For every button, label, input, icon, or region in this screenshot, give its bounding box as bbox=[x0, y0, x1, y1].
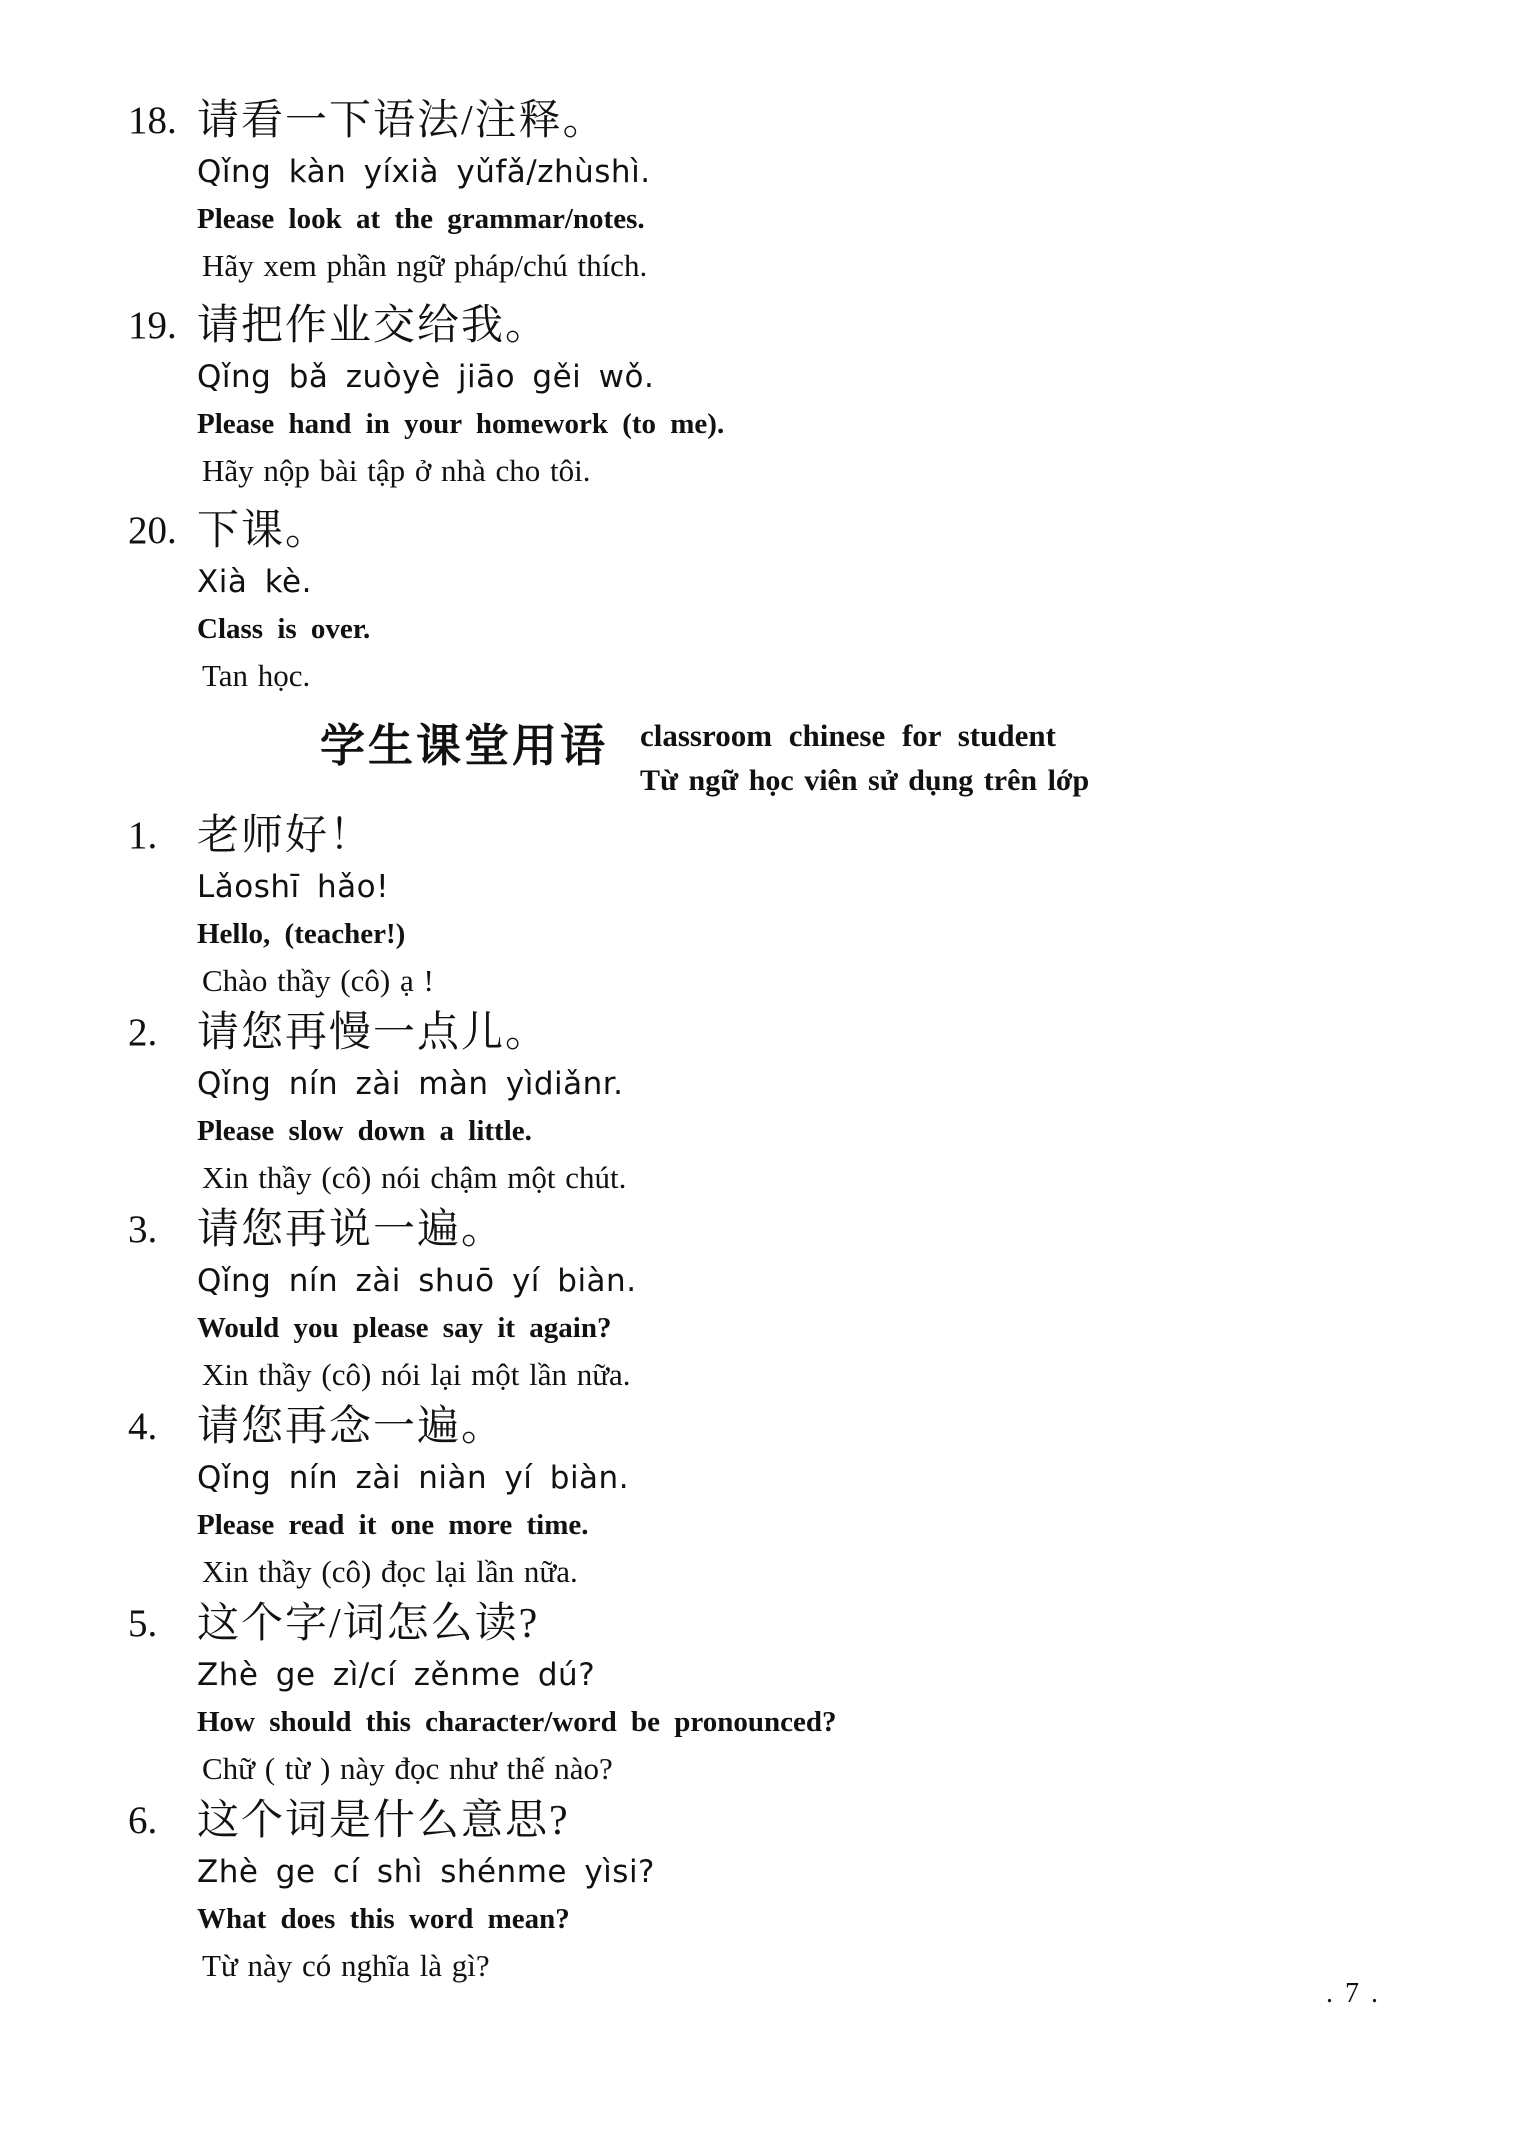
phrase-entry: 1. 老师好！ Lǎoshī hǎo! Hello, (teacher!) Ch… bbox=[0, 809, 1520, 1004]
entry-number: 6. bbox=[128, 1794, 194, 1848]
entry-chinese-text: 下课。 bbox=[197, 508, 329, 554]
entry-chinese-text: 请您再慢一点儿。 bbox=[197, 1010, 549, 1056]
entry-number: 19. bbox=[128, 299, 194, 353]
entry-pinyin-text: Qǐng kàn yíxià yǔfǎ/zhùshì. bbox=[197, 148, 1520, 197]
page-content: 18. 请看一下语法/注释。 Qǐng kàn yíxià yǔfǎ/zhùsh… bbox=[0, 0, 1520, 1989]
entry-english-translation: Please slow down a little. bbox=[197, 1109, 1520, 1154]
entry-pinyin-text: Xià kè. bbox=[197, 558, 1520, 607]
phrase-entry: 20. 下课。 Xià kè. Class is over. Tan học. bbox=[0, 504, 1520, 699]
phrase-entry: 18. 请看一下语法/注释。 Qǐng kàn yíxià yǔfǎ/zhùsh… bbox=[0, 94, 1520, 289]
section-title-vietnamese: Từ ngữ học viên sử dụng trên lớp bbox=[640, 758, 1089, 803]
entry-pinyin-text: Zhè ge cí shì shénme yìsi? bbox=[197, 1848, 1520, 1897]
phrase-entry: 4. 请您再念一遍。 Qǐng nín zài niàn yí biàn. Pl… bbox=[0, 1400, 1520, 1595]
entry-english-translation: Hello, (teacher!) bbox=[197, 912, 1520, 957]
entry-number: 2. bbox=[128, 1006, 194, 1060]
entry-number: 1. bbox=[128, 809, 194, 863]
textbook-page: 18. 请看一下语法/注释。 Qǐng kàn yíxià yǔfǎ/zhùsh… bbox=[0, 0, 1520, 2134]
entry-chinese-text: 老师好！ bbox=[197, 813, 373, 859]
entry-vietnamese-translation: Xin thầy (cô) đọc lại lần nữa. bbox=[197, 1548, 1520, 1595]
teacher-phrases-section: 18. 请看一下语法/注释。 Qǐng kàn yíxià yǔfǎ/zhùsh… bbox=[0, 94, 1520, 699]
entry-chinese-text: 请您再念一遍。 bbox=[197, 1404, 505, 1450]
entry-vietnamese-translation: Chữ ( từ ) này đọc như thế nào? bbox=[197, 1745, 1520, 1792]
entry-chinese-text: 请把作业交给我。 bbox=[197, 303, 549, 349]
entry-pinyin-text: Qǐng nín zài shuō yí biàn. bbox=[197, 1257, 1520, 1306]
entry-pinyin-text: Zhè ge zì/cí zěnme dú? bbox=[197, 1651, 1520, 1700]
entry-chinese-text: 请看一下语法/注释。 bbox=[197, 98, 607, 144]
entry-number: 18. bbox=[128, 94, 194, 148]
student-section-header: 学生课堂用语 classroom chinese for student Từ … bbox=[0, 713, 1520, 809]
section-title-chinese: 学生课堂用语 bbox=[320, 709, 608, 774]
page-number: . 7 . bbox=[1326, 1978, 1378, 2010]
entry-vietnamese-translation: Tan học. bbox=[197, 652, 1520, 699]
entry-english-translation: Class is over. bbox=[197, 607, 1520, 652]
entry-english-translation: Please look at the grammar/notes. bbox=[197, 197, 1520, 242]
phrase-entry: 3. 请您再说一遍。 Qǐng nín zài shuō yí biàn. Wo… bbox=[0, 1203, 1520, 1398]
entry-number: 5. bbox=[128, 1597, 194, 1651]
entry-pinyin-text: Qǐng nín zài niàn yí biàn. bbox=[197, 1454, 1520, 1503]
entry-english-translation: Would you please say it again? bbox=[197, 1306, 1520, 1351]
entry-vietnamese-translation: Xin thầy (cô) nói lại một lần nữa. bbox=[197, 1351, 1520, 1398]
entry-vietnamese-translation: Xin thầy (cô) nói chậm một chút. bbox=[197, 1154, 1520, 1201]
student-phrases-section: 1. 老师好！ Lǎoshī hǎo! Hello, (teacher!) Ch… bbox=[0, 809, 1520, 1989]
entry-english-translation: Please read it one more time. bbox=[197, 1503, 1520, 1548]
entry-pinyin-text: Lǎoshī hǎo! bbox=[197, 863, 1520, 912]
entry-pinyin-text: Qǐng nín zài màn yìdiǎnr. bbox=[197, 1060, 1520, 1109]
entry-number: 3. bbox=[128, 1203, 194, 1257]
entry-english-translation: How should this character/word be pronou… bbox=[197, 1700, 1520, 1745]
entry-pinyin-text: Qǐng bǎ zuòyè jiāo gěi wǒ. bbox=[197, 353, 1520, 402]
entry-english-translation: What does this word mean? bbox=[197, 1897, 1520, 1942]
phrase-entry: 6. 这个词是什么意思? Zhè ge cí shì shénme yìsi? … bbox=[0, 1794, 1520, 1989]
phrase-entry: 5. 这个字/词怎么读? Zhè ge zì/cí zěnme dú? How … bbox=[0, 1597, 1520, 1792]
phrase-entry: 2. 请您再慢一点儿。 Qǐng nín zài màn yìdiǎnr. Pl… bbox=[0, 1006, 1520, 1201]
entry-chinese-text: 请您再说一遍。 bbox=[197, 1207, 505, 1253]
entry-chinese-text: 这个字/词怎么读? bbox=[197, 1601, 539, 1647]
entry-number: 20. bbox=[128, 504, 194, 558]
entry-chinese-text: 这个词是什么意思? bbox=[197, 1798, 570, 1844]
entry-english-translation: Please hand in your homework (to me). bbox=[197, 402, 1520, 447]
entry-vietnamese-translation: Hãy xem phần ngữ pháp/chú thích. bbox=[197, 242, 1520, 289]
entry-number: 4. bbox=[128, 1400, 194, 1454]
entry-vietnamese-translation: Hãy nộp bài tập ở nhà cho tôi. bbox=[197, 447, 1520, 494]
entry-vietnamese-translation: Từ này có nghĩa là gì? bbox=[197, 1942, 1520, 1989]
entry-vietnamese-translation: Chào thầy (cô) ạ ! bbox=[197, 957, 1520, 1004]
section-title-translations: classroom chinese for student Từ ngữ học… bbox=[640, 713, 1089, 803]
section-title-english: classroom chinese for student bbox=[640, 713, 1089, 758]
phrase-entry: 19. 请把作业交给我。 Qǐng bǎ zuòyè jiāo gěi wǒ. … bbox=[0, 299, 1520, 494]
